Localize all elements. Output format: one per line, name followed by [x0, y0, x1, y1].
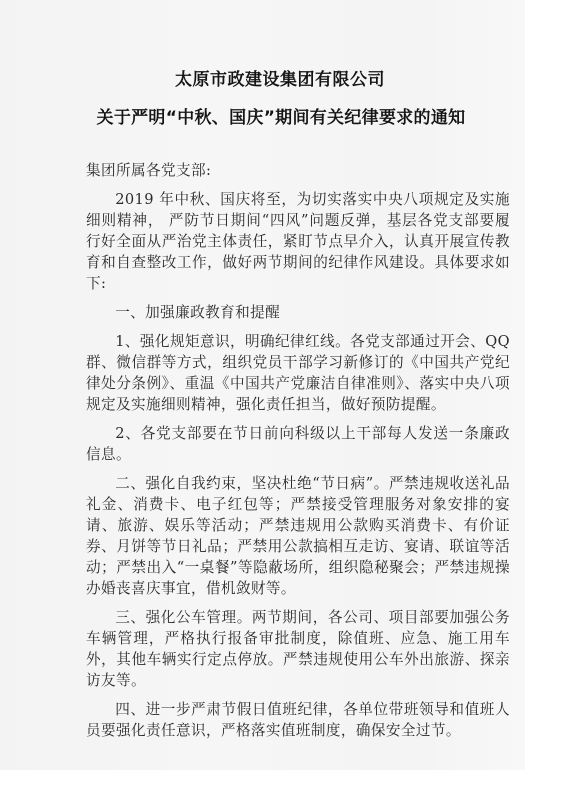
- section-3-paragraph: 三、强化公车管理。两节期间，各公司、项目部要加强公务车辆管理，严格执行报备审批制…: [86, 607, 510, 691]
- document-header: 太原市政建设集团有限公司 关于严明“中秋、国庆”期间有关纪律要求的通知: [0, 68, 568, 130]
- paragraph-item-2: 2、各党支部要在节日前向科级以上干部每人发送一条廉政信息。: [86, 423, 510, 465]
- section-2-paragraph: 二、强化自我约束，坚决杜绝“节日病”。严禁违规收送礼品礼金、消费卡、电子红包等；…: [86, 473, 510, 599]
- organization-title: 太原市政建设集团有限公司: [0, 68, 568, 92]
- paragraph-item-1: 1、强化规矩意识，明确纪律红线。各党支部通过开会、QQ群、微信群等方式，组织党员…: [86, 331, 510, 415]
- notice-title: 关于严明“中秋、国庆”期间有关纪律要求的通知: [0, 106, 568, 130]
- section-heading-1: 一、加强廉政教育和提醒: [86, 302, 510, 323]
- section-4-paragraph: 四、进一步严肃节假日值班纪律，各单位带班领导和值班人员要强化责任意识，严格落实值…: [86, 699, 510, 741]
- salutation: 集团所属各党支部:: [86, 160, 510, 181]
- intro-paragraph: 2019 年中秋、国庆将至，为切实落实中央八项规定及实施细则精神， 严防节日期间…: [86, 189, 510, 294]
- document-body: 集团所属各党支部: 2019 年中秋、国庆将至，为切实落实中央八项规定及实施细则…: [86, 160, 510, 749]
